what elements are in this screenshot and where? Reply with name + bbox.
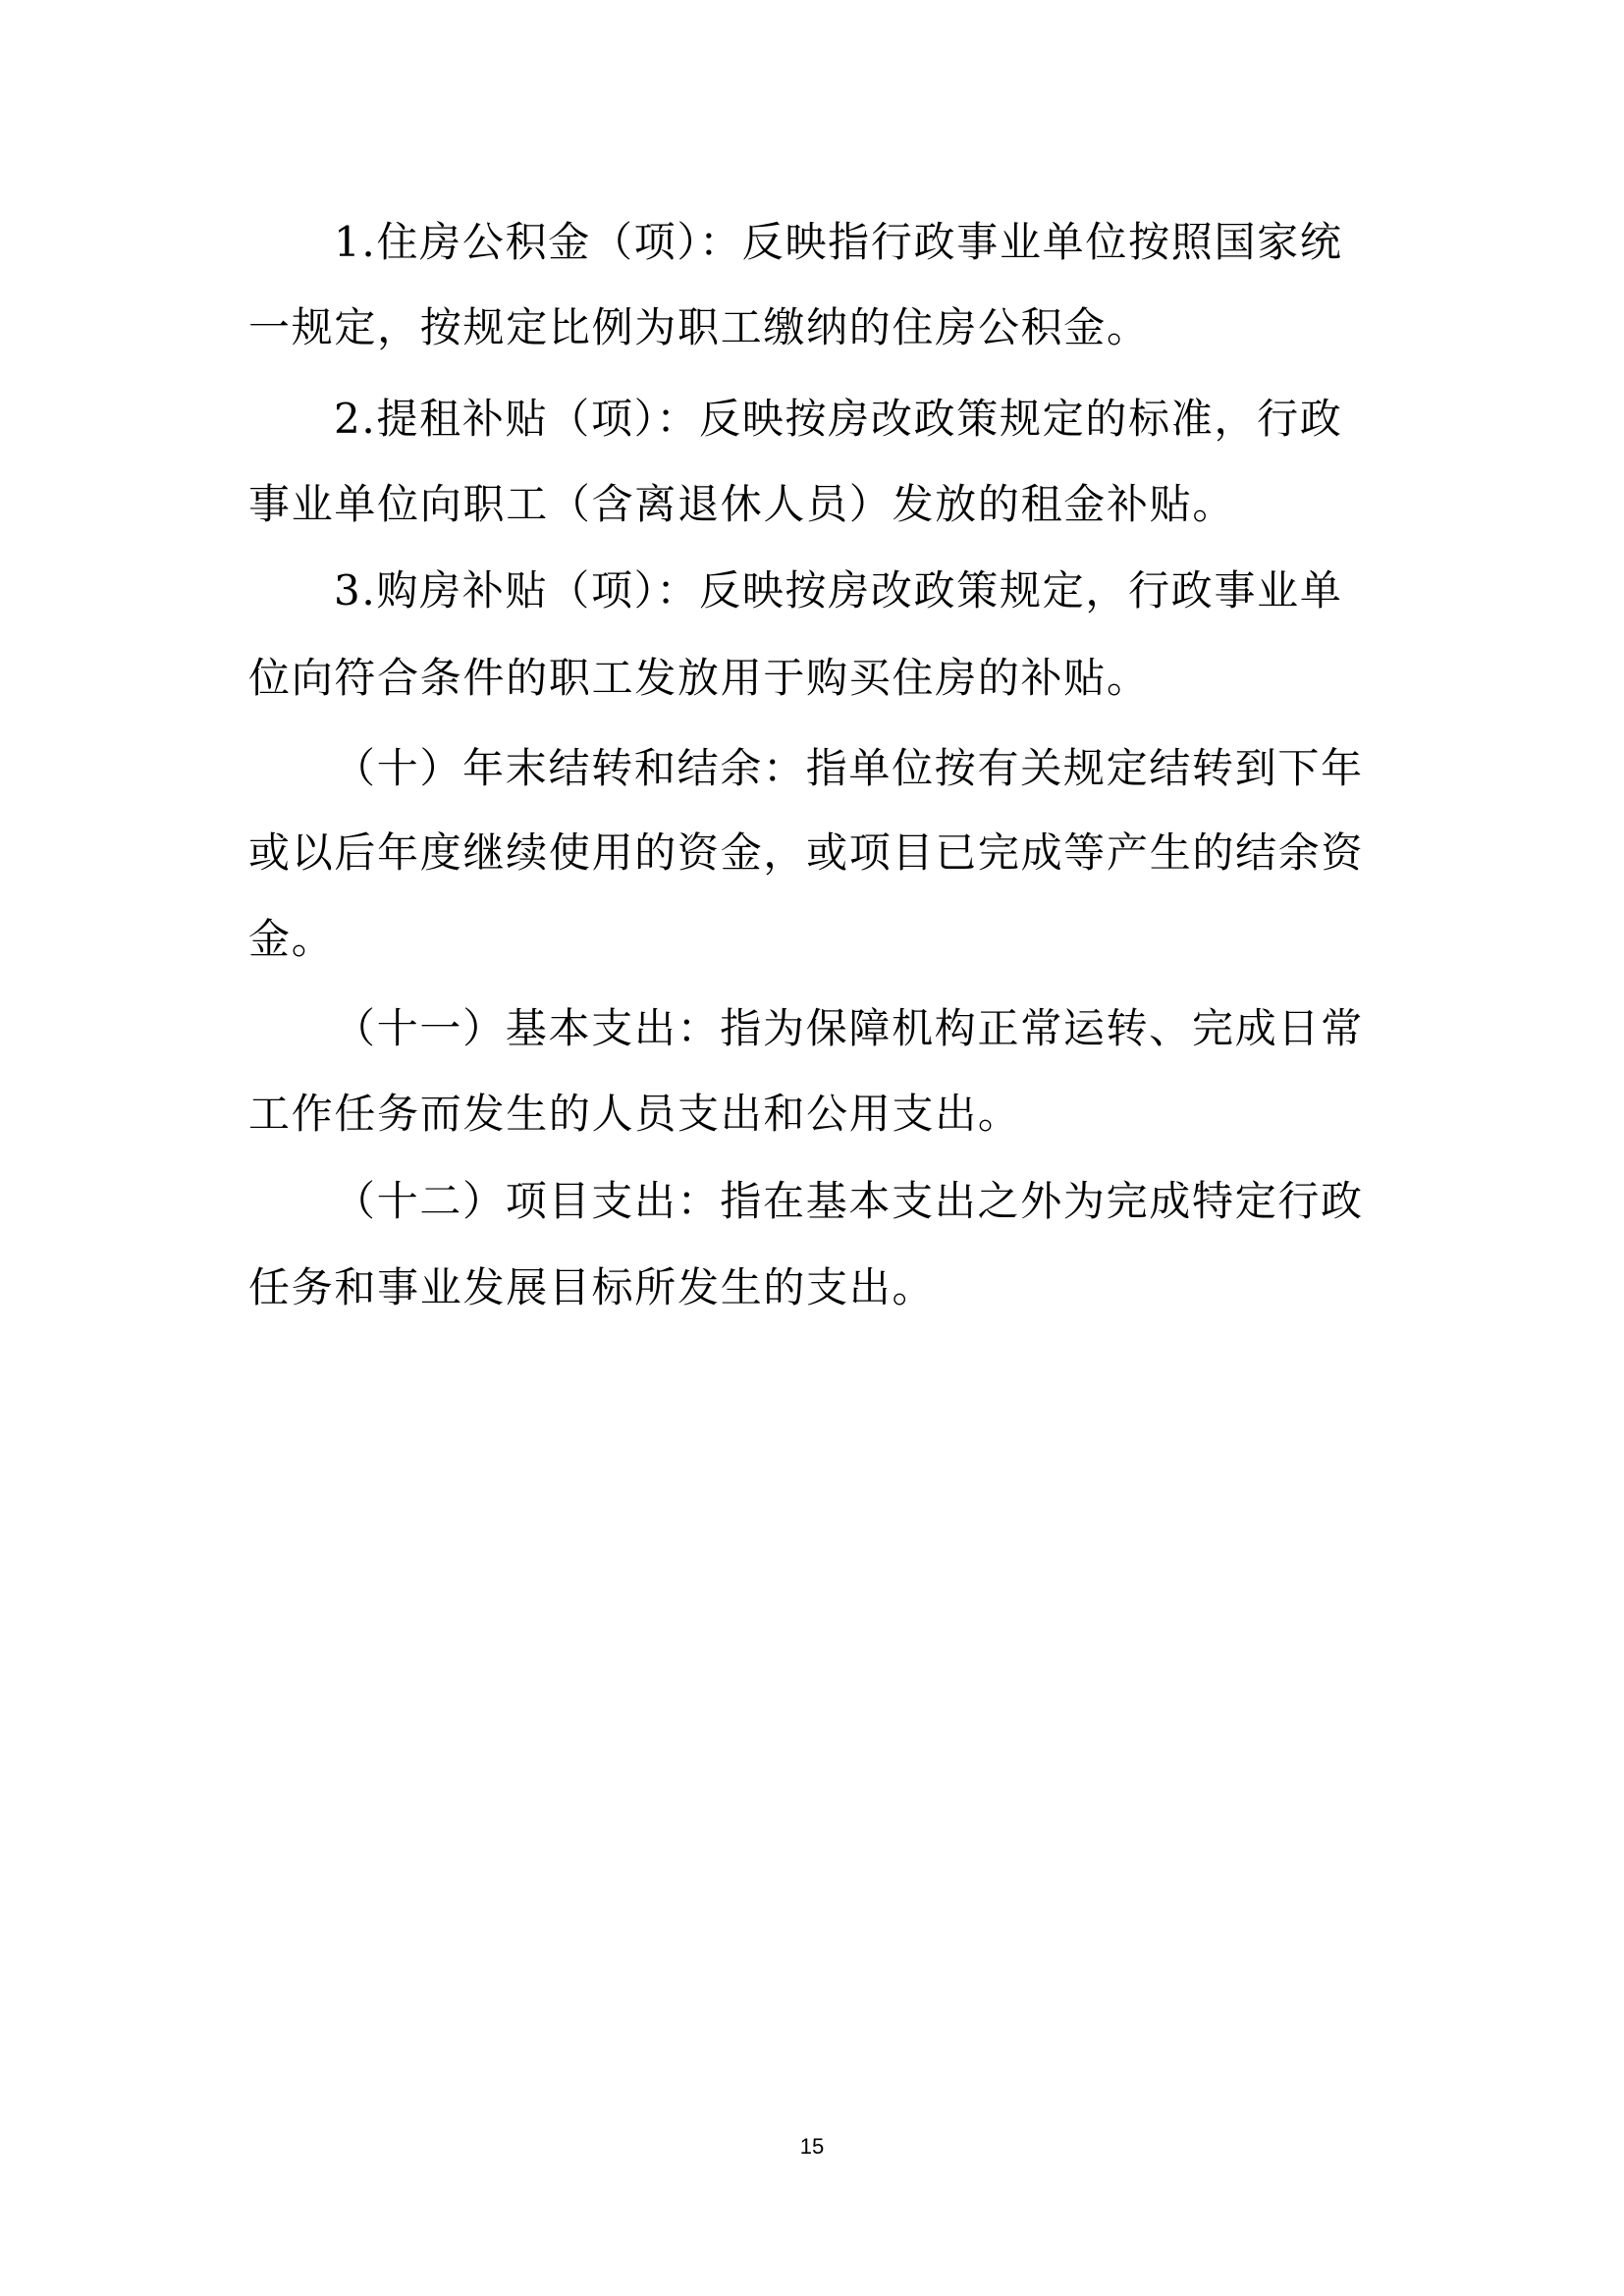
paragraph-line: （十一）基本支出：指为保障机构正常运转、完成日常 [334,1001,1364,1056]
paragraph-line: 事业单位向职工（含离退休人员）发放的租金补贴。 [248,477,1235,532]
paragraph-line: 3.购房补贴（项）：反映按房改政策规定，行政事业单 [334,563,1343,618]
paragraph-line: （十二）项目支出：指在基本支出之外为完成特定行政 [334,1174,1364,1229]
document-page: 1.住房公积金（项）：反映指行政事业单位按照国家统 一规定，按规定比例为职工缴纳… [0,0,1624,2296]
paragraph-line: 工作任务而发生的人员支出和公用支出。 [248,1087,1021,1142]
paragraph-line: 位向符合条件的职工发放用于购买住房的补贴。 [248,651,1150,706]
paragraph-line: 2.提租补贴（项）：反映按房改政策规定的标准，行政 [334,392,1343,447]
paragraph-line: 或以后年度继续使用的资金，或项目已完成等产生的结余资 [248,826,1364,881]
paragraph-line: 任务和事业发展目标所发生的支出。 [248,1260,935,1315]
paragraph-line: 1.住房公积金（项）：反映指行政事业单位按照国家统 [334,215,1343,270]
paragraph-line: 金。 [248,912,334,967]
paragraph-line: 一规定，按规定比例为职工缴纳的住房公积金。 [248,300,1150,355]
page-number: 15 [0,2134,1624,2160]
paragraph-line: （十）年末结转和结余：指单位按有关规定结转到下年 [334,741,1364,796]
